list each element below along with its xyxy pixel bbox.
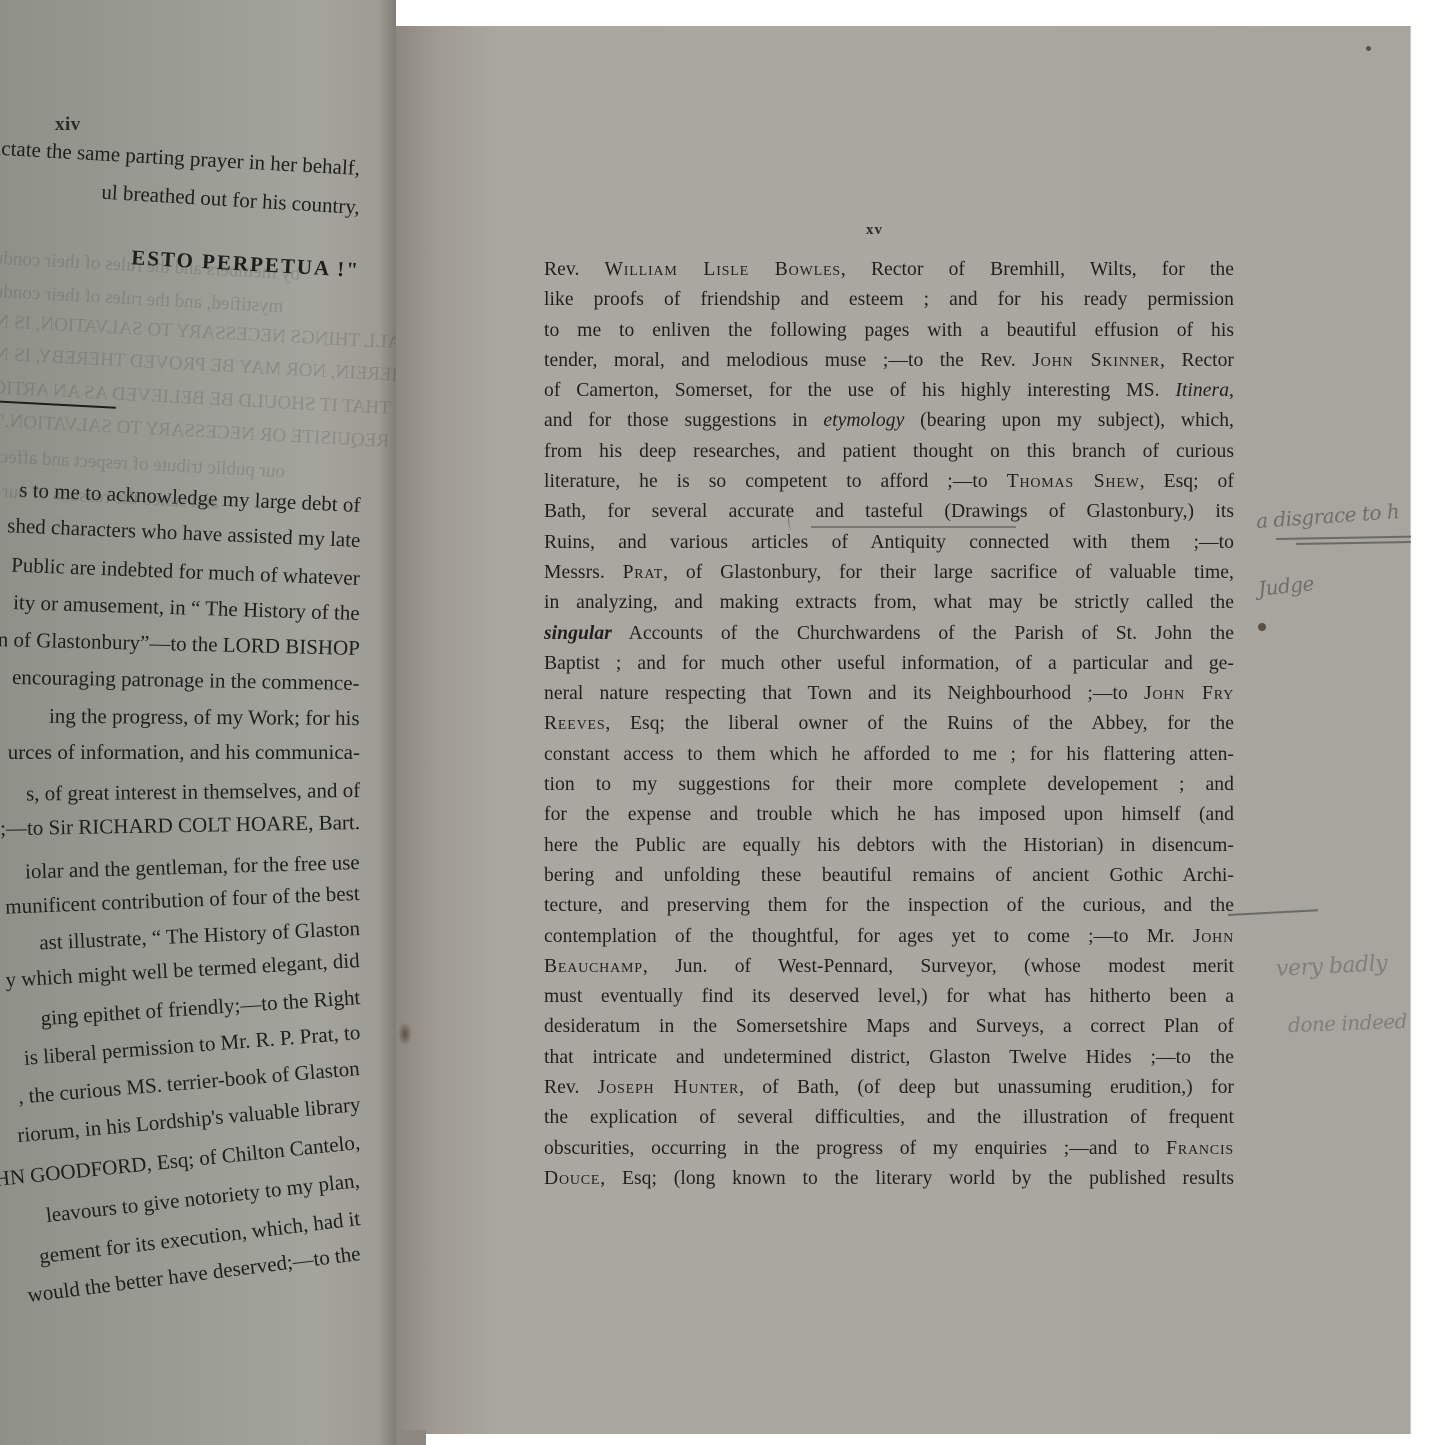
text-run: in analyzing, and making extracts from, … <box>544 592 1234 613</box>
body-text-line: Beauchamp, Jun. of West-Pennard, Surveyo… <box>544 952 1234 982</box>
body-text-line: the explication of several difficulties,… <box>544 1103 1234 1133</box>
body-text-line: Messrs. Prat, of Glastonbury, for their … <box>544 558 1234 588</box>
left-page-line: urces of information, and his communica- <box>8 742 360 763</box>
left-page-line: ul breathed out for his country, <box>101 182 361 218</box>
left-page-line: ing the progress, of my Work; for his <box>49 706 360 729</box>
emphasized-text: singular <box>544 623 612 644</box>
text-run: of Camerton, Somerset, for the use of hi… <box>544 380 1175 401</box>
text-run: desideratum in the Somersetshire Maps an… <box>544 1016 1234 1037</box>
text-run: from his deep researches, and patient th… <box>544 441 1234 462</box>
text-run: neral nature respecting that Town and it… <box>544 683 1144 704</box>
text-run: bering and unfolding these beautiful rem… <box>544 865 1234 886</box>
body-text-line: and for those suggestions in etymology (… <box>544 406 1234 436</box>
body-text-line: singular Accounts of the Churchwardens o… <box>544 619 1234 649</box>
body-text-line: tender, moral, and melodious muse ;—to t… <box>544 346 1234 376</box>
body-text-line: Ruins, and various articles of Antiquity… <box>544 528 1234 558</box>
left-page-line: ity or amusement, in “ The History of th… <box>13 592 360 624</box>
body-text-line: constant access to them which he afforde… <box>544 740 1234 770</box>
text-run: tecture, and preserving them for the ins… <box>544 895 1234 916</box>
left-page-line: iolar and the gentleman, for the free us… <box>25 852 360 882</box>
body-text-line: to me to enliven the following pages wit… <box>544 316 1234 346</box>
left-page-verso: xiv by members and the rules of their co… <box>0 0 396 1445</box>
body-text-line: here the Public are equally his debtors … <box>544 831 1234 861</box>
left-page-line: s, of great interest in themselves, and … <box>26 780 360 804</box>
pencil-bracket-open <box>788 504 797 530</box>
left-page-number: xiv <box>55 114 81 136</box>
text-run: , Rector <box>1160 350 1234 371</box>
pencil-underline-drawings <box>811 526 1016 528</box>
proper-name: Francis <box>1166 1138 1234 1159</box>
text-run: tender, moral, and melodious muse ;—to t… <box>544 350 1032 371</box>
body-text-line: Baptist ; and for much other useful info… <box>544 649 1234 679</box>
left-page-line: ictate the same parting prayer in her be… <box>0 138 361 179</box>
emphasized-text: etymology <box>823 410 904 431</box>
page-edge <box>396 1430 426 1445</box>
left-page-line: own of Glastonbury”—to the LORD BISHOP <box>0 629 360 659</box>
text-run: that intricate and undetermined district… <box>544 1047 1234 1068</box>
text-run: Ruins, and various articles of Antiquity… <box>544 532 1234 553</box>
proper-name: Beauchamp <box>544 956 643 977</box>
text-run: must eventually find its deserved level,… <box>544 986 1234 1007</box>
body-text-line: Rev. Joseph Hunter, of Bath, (of deep bu… <box>544 1073 1234 1103</box>
body-text-line: obscurities, occurring in the progress o… <box>544 1134 1234 1164</box>
body-text-line: desideratum in the Somersetshire Maps an… <box>544 1012 1234 1042</box>
text-run: , of Bath, (of deep but unassuming erudi… <box>739 1077 1234 1098</box>
left-page-line: y which might well be termed elegant, di… <box>5 950 360 991</box>
text-run: tion to my suggestions for their more co… <box>544 774 1234 795</box>
body-text-line: in analyzing, and making extracts from, … <box>544 588 1234 618</box>
margin-note-done-indeed: done indeed <box>1288 1009 1408 1037</box>
text-run: constant access to them which he afforde… <box>544 744 1234 765</box>
body-text-line: Reeves, Esq; the liberal owner of the Ru… <box>544 709 1234 739</box>
right-page-number: xv <box>866 222 883 239</box>
left-page-line: encouraging patronage in the commence- <box>12 667 360 694</box>
right-page-recto: xv Rev. William Lisle Bowles, Rector of … <box>396 26 1410 1434</box>
left-page-line: munificent contribution of four of the b… <box>5 883 360 918</box>
text-run: Rev. <box>544 1077 598 1098</box>
body-text-line: Rev. William Lisle Bowles, Rector of Bre… <box>544 255 1234 285</box>
proper-name: William Lisle Bowles <box>605 259 841 280</box>
body-text-line: literature, he is so competent to afford… <box>544 467 1234 497</box>
proper-name: Douce <box>544 1168 600 1189</box>
text-run: obscurities, occurring in the progress o… <box>544 1138 1166 1159</box>
text-run: Rev. <box>544 259 605 280</box>
proper-name: John Fry <box>1144 683 1234 704</box>
emphasized-text: Itinera <box>1175 380 1229 401</box>
text-run: Baptist ; and for much other useful info… <box>544 653 1234 674</box>
body-text-line: must eventually find its deserved level,… <box>544 982 1234 1012</box>
left-page-line: ne ;—to Sir RICHARD COLT HOARE, Bart. <box>0 812 360 840</box>
body-text-line: that intricate and undetermined district… <box>544 1043 1234 1073</box>
left-page-line: shed characters who have assisted my lat… <box>6 515 360 551</box>
text-run: Messrs. <box>544 562 623 583</box>
text-run: , of Glastonbury, for their large sacrif… <box>663 562 1234 583</box>
text-run: and for those suggestions in <box>544 410 823 431</box>
body-text-line: Bath, for several accurate and tasteful … <box>544 497 1234 527</box>
margin-note-very-badly: very badly <box>1275 951 1387 982</box>
text-run: here the Public are equally his debtors … <box>544 835 1234 856</box>
spine-shadow <box>378 0 396 1445</box>
pencil-underline-note-2 <box>1296 541 1411 545</box>
body-text-line: from his deep researches, and patient th… <box>544 437 1234 467</box>
body-text-line: Douce, Esq; (long known to the literary … <box>544 1164 1234 1194</box>
text-run: literature, he is so competent to afford… <box>544 471 1007 492</box>
text-run: like proofs of friendship and esteem ; a… <box>544 289 1234 310</box>
proper-name: John <box>1193 926 1234 947</box>
proper-name: Thomas Shew <box>1007 471 1140 492</box>
left-page-line: ast illustrate, “ The History of Glaston <box>39 918 361 954</box>
text-run: to me to enliven the following pages wit… <box>544 320 1234 341</box>
margin-note-disgrace: a disgrace to h <box>1255 499 1400 533</box>
text-run: , Jun. of West-Pennard, Surveyor, (whose… <box>643 956 1234 977</box>
show-through-line: mystified, and the rules of their conduc… <box>0 280 284 318</box>
text-run: (bearing upon my subject), which, <box>904 410 1234 431</box>
book-spread: xiv by members and the rules of their co… <box>0 0 1445 1445</box>
text-run: for the expense and trouble which he has… <box>544 804 1234 825</box>
show-through-line: our public tribute of respect and affect… <box>0 445 286 483</box>
margin-note-judge: Judge <box>1257 571 1315 601</box>
pencil-underline-note <box>1276 536 1411 540</box>
proper-name: Prat <box>623 562 664 583</box>
left-page-line: Public are indebted for much of whatever <box>11 555 360 589</box>
body-text-line: for the expense and trouble which he has… <box>544 800 1234 830</box>
left-page-text: xiv by members and the rules of their co… <box>0 0 370 1445</box>
body-text-line: like proofs of friendship and esteem ; a… <box>544 285 1234 315</box>
text-run: , Esq; of <box>1140 471 1234 492</box>
foxing-spot-top <box>1366 46 1371 51</box>
proper-name: Reeves <box>544 713 605 734</box>
text-run: , Esq; the liberal owner of the Ruins of… <box>605 713 1234 734</box>
text-run: , Esq; (long known to the literary world… <box>600 1168 1234 1189</box>
body-text-line: of Camerton, Somerset, for the use of hi… <box>544 376 1234 406</box>
gutter-stain <box>398 1022 412 1046</box>
foxing-spot <box>1258 623 1266 631</box>
proper-name: John Skinner <box>1032 350 1160 371</box>
body-text-line: neral nature respecting that Town and it… <box>544 679 1234 709</box>
body-text-line: tecture, and preserving them for the ins… <box>544 891 1234 921</box>
right-page-body: Rev. William Lisle Bowles, Rector of Bre… <box>544 255 1234 1194</box>
text-run: the explication of several difficulties,… <box>544 1107 1234 1128</box>
body-text-line: bering and unfolding these beautiful rem… <box>544 861 1234 891</box>
text-run: Bath, for several accurate and tasteful … <box>544 501 1234 522</box>
text-run: , <box>1229 380 1234 401</box>
body-text-line: tion to my suggestions for their more co… <box>544 770 1234 800</box>
text-run: Accounts of the Churchwardens of the Par… <box>612 623 1234 644</box>
proper-name: Joseph Hunter <box>598 1077 739 1098</box>
text-run: contemplation of the thoughtful, for age… <box>544 926 1193 947</box>
pencil-stroke <box>1228 909 1318 915</box>
body-text-line: contemplation of the thoughtful, for age… <box>544 922 1234 952</box>
text-run: , Rector of Bremhill, Wilts, for the <box>841 259 1234 280</box>
